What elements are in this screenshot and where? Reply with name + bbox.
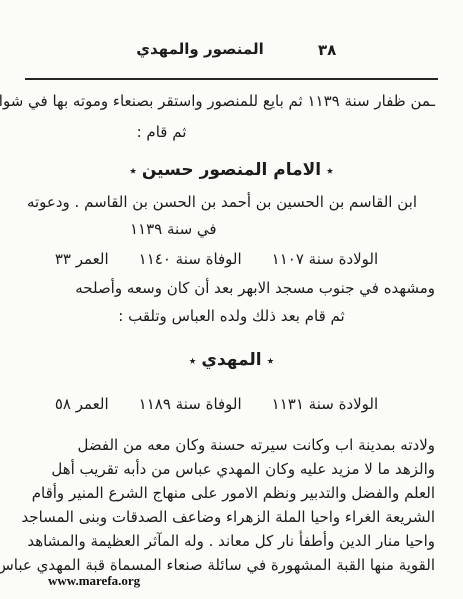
star-ornament-icon: ٭: [321, 163, 339, 179]
page-number: ٣٨: [318, 41, 336, 59]
running-title: المنصور والمهدي: [136, 40, 263, 58]
death-year: الوفاة سنة ١١٤٠: [139, 252, 242, 267]
mansur-stats-line: الولادة سنة ١١٠٧ الوفاة سنة ١١٤٠ العمر ٣…: [28, 252, 435, 267]
section-heading-mahdi: ٭المهدي٭: [28, 352, 435, 369]
age-value: العمر ٣٣: [55, 252, 109, 267]
successor-line: ثم قام بعد ذلك ولده العباس وتلقب :: [28, 309, 435, 324]
bio-line: القوية منها القبة المشهورة في سائلة صنعا…: [28, 558, 435, 573]
book-page-scan: المنصور والمهدي ٣٨ ـمن ظفار سنة ١١٣٩ ثم …: [0, 0, 463, 599]
bio-line: ولادته بمدينة اب وكانت سيرته حسنة وكان م…: [28, 438, 435, 453]
section-heading-mansur: ٭الامام المنصور حسين٭: [28, 162, 435, 179]
bio-line: العلم والفضل والتدبير ونظم الامور على من…: [28, 486, 435, 501]
bio-line: والزهد ما لا مزيد عليه وكان المهدي عباس …: [28, 462, 435, 477]
section-title: الامام المنصور حسين: [142, 160, 321, 180]
birth-year: الولادة سنة ١١٣١: [272, 397, 379, 412]
birth-year: الولادة سنة ١١٠٧: [272, 252, 379, 267]
star-ornament-icon: ٭: [262, 353, 280, 369]
lineage-line: ابن القاسم بن الحسين بن أحمد بن الحسن بن…: [28, 195, 435, 210]
bio-line: واحيا منار الدين وأطفأ نار كل معاند . ول…: [28, 534, 435, 549]
star-ornament-icon: ٭: [184, 353, 202, 369]
page-body: ـمن ظفار سنة ١١٣٩ ثم بايع للمنصور واستقر…: [0, 94, 463, 573]
intro-then-line: ثم قام :: [28, 125, 435, 140]
bio-line: الشريعة الغراء واحيا الملة الزهراء وضاعف…: [28, 510, 435, 525]
age-value: العمر ٥٨: [55, 397, 109, 412]
watermark-url: www.marefa.org: [48, 573, 140, 589]
star-ornament-icon: ٭: [124, 163, 142, 179]
lineage-date-line: في سنة ١١٣٩: [28, 222, 435, 237]
section-title: المهدي: [201, 350, 261, 370]
mahdi-stats-line: الولادة سنة ١١٣١ الوفاة سنة ١١٨٩ العمر ٥…: [28, 397, 435, 412]
page-header: المنصور والمهدي ٣٨: [0, 38, 463, 72]
intro-line: ـمن ظفار سنة ١١٣٩ ثم بايع للمنصور واستقر…: [28, 94, 435, 109]
shrine-line: ومشهده في جنوب مسجد الابهر بعد أن كان وس…: [28, 281, 435, 296]
death-year: الوفاة سنة ١١٨٩: [139, 397, 242, 412]
header-rule: [25, 78, 438, 80]
